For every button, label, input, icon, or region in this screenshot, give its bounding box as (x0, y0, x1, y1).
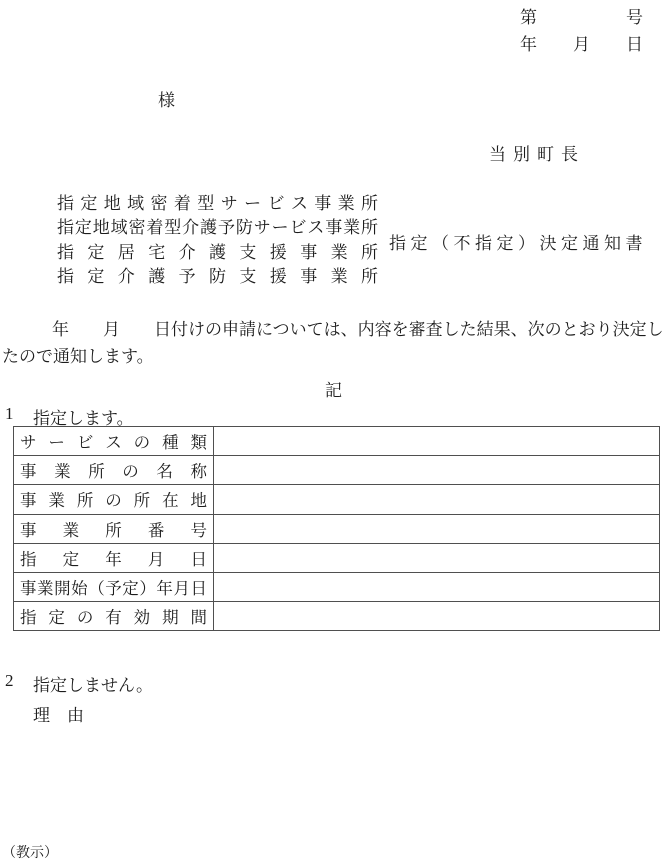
table-label-cell: 事業開始（予定）年月日 (14, 572, 214, 601)
table-label-cell: サービスの種類 (14, 427, 214, 456)
reason-label: 理 由 (33, 701, 84, 726)
reference-number-line: 第 号 (520, 3, 643, 28)
document-title: 指定（不指定）決定通知書 (389, 229, 647, 254)
table-row: 事業開始（予定）年月日 (14, 572, 660, 601)
table-value-cell (214, 602, 660, 631)
office-type-item: 指定介護予防支援事業所 (57, 265, 378, 289)
table-row: サービスの種類 (14, 427, 660, 456)
ref-number-prefix: 第 (520, 3, 537, 28)
body-paragraph-line1: 年 月 日付けの申請については、内容を審査した結果、次のとおり決定し (52, 315, 664, 340)
table-row: 事業所の名称 (14, 456, 660, 485)
table-label-cell: 事業所の名称 (14, 456, 214, 485)
sender-title: 当別町長 (489, 140, 585, 165)
date-day-label: 日 (626, 30, 643, 55)
table-row: 事業所番号 (14, 514, 660, 543)
table-value-cell (214, 485, 660, 514)
issue-date-line: 年 月 日 (520, 30, 643, 55)
document-page: 第 号 年 月 日 様 当別町長 指定地域密着型サービス事業所 指定地域密着型介… (0, 0, 667, 862)
kyoji-note: （教示） (2, 842, 58, 862)
table-label-cell: 指定年月日 (14, 543, 214, 572)
table-label-cell: 事業所の所在地 (14, 485, 214, 514)
table-value-cell (214, 427, 660, 456)
table-label-cell: 事業所番号 (14, 514, 214, 543)
table-value-cell (214, 543, 660, 572)
office-type-item: 指定居宅介護支援事業所 (57, 241, 378, 265)
table-value-cell (214, 456, 660, 485)
date-month-label: 月 (573, 30, 590, 55)
ref-number-suffix: 号 (626, 3, 643, 28)
office-type-item: 指定地域密着型サービス事業所 (57, 192, 378, 216)
section1-number: 1 (5, 404, 14, 424)
table-value-cell (214, 514, 660, 543)
table-row: 事業所の所在地 (14, 485, 660, 514)
ki-separator: 記 (0, 376, 667, 401)
table-row: 指定の有効期間 (14, 602, 660, 631)
body-paragraph-line2: たので通知します。 (2, 342, 154, 367)
section2-label: 指定しません。 (33, 671, 153, 696)
date-year-label: 年 (520, 30, 537, 55)
table-value-cell (214, 572, 660, 601)
office-type-item: 指定地域密着型介護予防サービス事業所 (57, 216, 378, 240)
office-type-list: 指定地域密着型サービス事業所 指定地域密着型介護予防サービス事業所 指定居宅介護… (57, 192, 378, 290)
designation-table: サービスの種類 事業所の名称 事業所の所在地 事業所番号 指定年月日 事業開始（… (13, 426, 660, 631)
section2-number: 2 (5, 671, 14, 691)
table-label-cell: 指定の有効期間 (14, 602, 214, 631)
addressee-honorific: 様 (158, 86, 175, 111)
table-row: 指定年月日 (14, 543, 660, 572)
